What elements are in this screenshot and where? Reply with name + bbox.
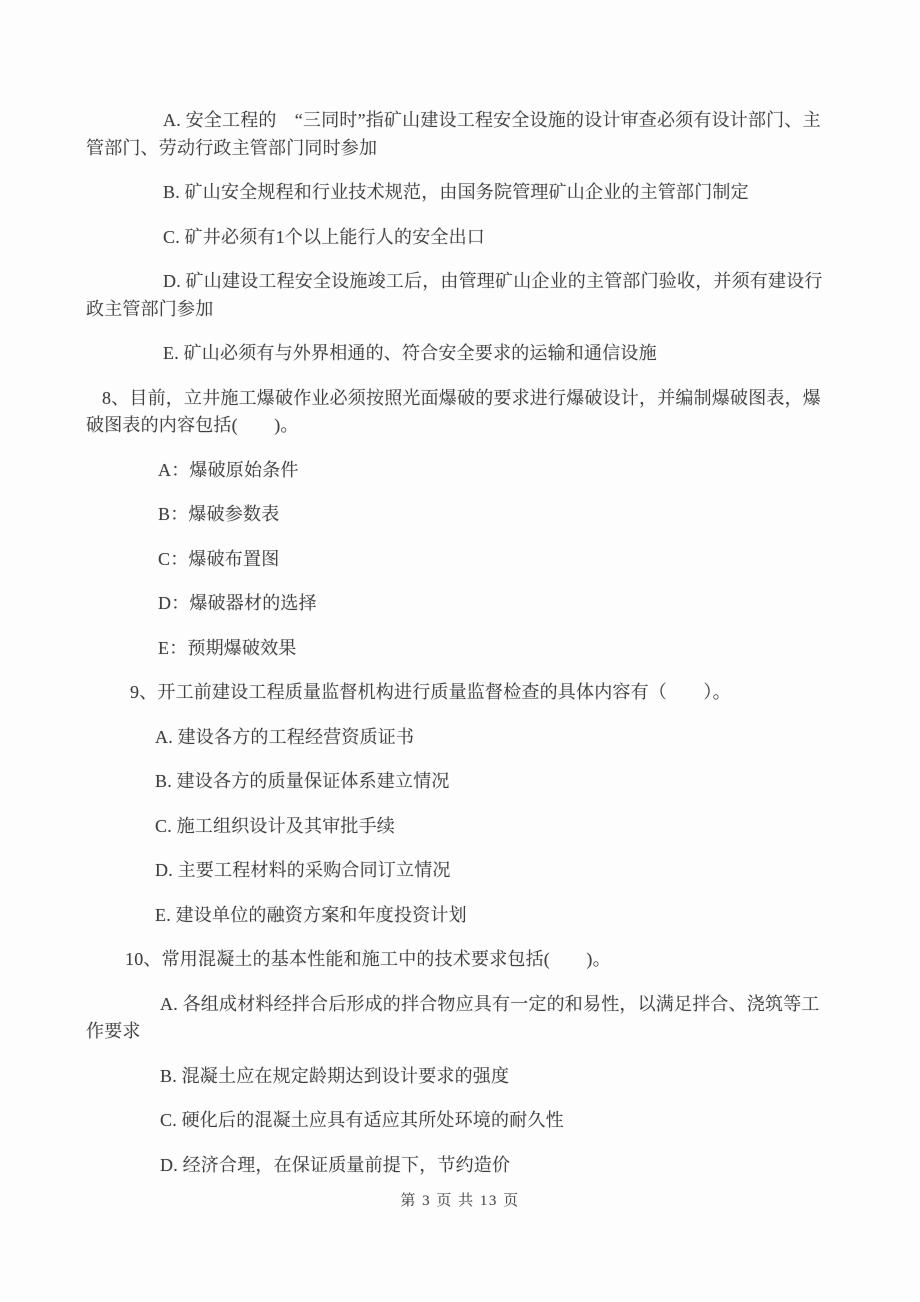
question-10-option-c: C. 硬化后的混凝土应具有适应其所处环境的耐久性 bbox=[86, 1107, 836, 1135]
question-8-option-b: B：爆破参数表 bbox=[86, 501, 836, 529]
exam-body: A. 安全工程的 “三同时”指矿山建设工程安全设施的设计审查必须有设计部门、主管… bbox=[0, 0, 920, 1196]
page-number-footer: 第 3 页 共 13 页 bbox=[0, 1189, 920, 1210]
question-9-option-d: D. 主要工程材料的采购合同订立情况 bbox=[86, 857, 836, 885]
continued-option-a: A. 安全工程的 “三同时”指矿山建设工程安全设施的设计审查必须有设计部门、主管… bbox=[86, 107, 836, 162]
question-8-stem: 8、目前，立井施工爆破作业必须按照光面爆破的要求进行爆破设计，并编制爆破图表，爆… bbox=[86, 385, 836, 440]
continued-option-b: B. 矿山安全规程和行业技术规范，由国务院管理矿山企业的主管部门制定 bbox=[86, 179, 836, 207]
question-8-option-d: D：爆破器材的选择 bbox=[86, 590, 836, 618]
continued-option-c: C. 矿井必须有1个以上能行人的安全出口 bbox=[86, 224, 836, 252]
question-9-option-c: C. 施工组织设计及其审批手续 bbox=[86, 813, 836, 841]
question-10-option-d: D. 经济合理，在保证质量前提下，节约造价 bbox=[86, 1152, 836, 1180]
continued-option-e: E. 矿山必须有与外界相通的、符合安全要求的运输和通信设施 bbox=[86, 340, 836, 368]
question-9-option-b: B. 建设各方的质量保证体系建立情况 bbox=[86, 768, 836, 796]
question-9-option-a: A. 建设各方的工程经营资质证书 bbox=[86, 724, 836, 752]
question-10-option-a: A. 各组成材料经拌合后形成的拌合物应具有一定的和易性，以满足拌合、浇筑等工作要… bbox=[86, 991, 836, 1046]
document-page: A. 安全工程的 “三同时”指矿山建设工程安全设施的设计审查必须有设计部门、主管… bbox=[0, 0, 920, 1302]
question-8-option-e: E：预期爆破效果 bbox=[86, 635, 836, 663]
question-9-option-e: E. 建设单位的融资方案和年度投资计划 bbox=[86, 902, 836, 930]
question-8-option-a: A：爆破原始条件 bbox=[86, 457, 836, 485]
question-10-stem: 10、常用混凝土的基本性能和施工中的技术要求包括( )。 bbox=[86, 946, 836, 974]
question-10-option-b: B. 混凝土应在规定龄期达到设计要求的强度 bbox=[86, 1063, 836, 1091]
continued-option-d: D. 矿山建设工程安全设施竣工后，由管理矿山企业的主管部门验收，并须有建设行政主… bbox=[86, 268, 836, 323]
question-9-stem: 9、开工前建设工程质量监督机构进行质量监督检查的具体内容有（ ）。 bbox=[86, 679, 836, 707]
question-8-option-c: C：爆破布置图 bbox=[86, 546, 836, 574]
